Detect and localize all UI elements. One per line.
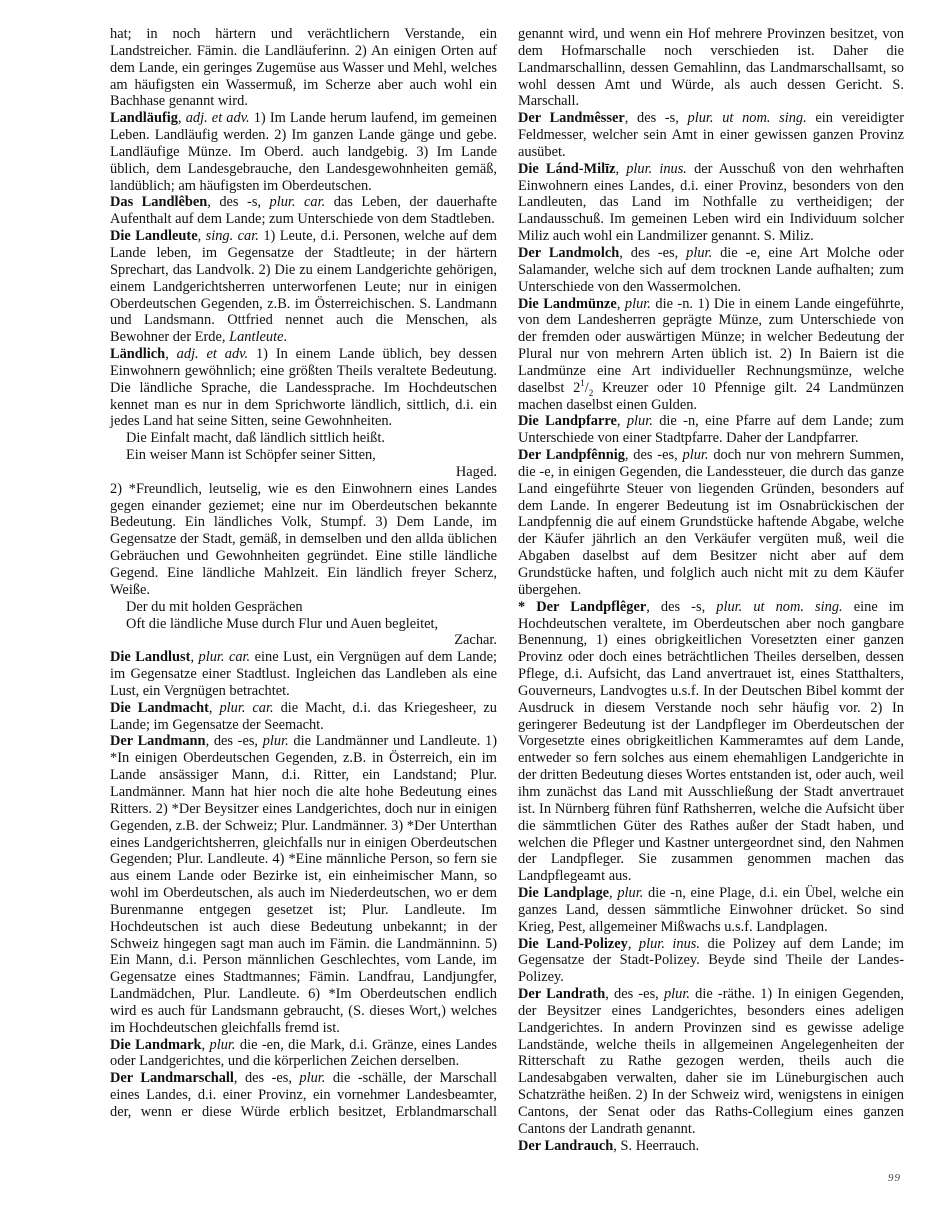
entry-prefix: , des -s, — [207, 194, 269, 210]
headword: Der Landpflêger — [536, 599, 646, 615]
entry-tail: . — [283, 329, 287, 345]
grammar-note: plur. — [625, 296, 651, 312]
entry-prefix: , — [617, 413, 627, 429]
headword: Die Landmark — [110, 1037, 202, 1053]
entry-continuation: genannt wird, und wenn ein Hof mehrere P… — [518, 26, 904, 110]
fraction-numerator: 1 — [580, 378, 585, 388]
entry-laendlich-continued: 2) *Freundlich, leutselig, wie es den Ei… — [110, 481, 497, 599]
headword: Landläufig — [110, 110, 178, 126]
entry-land-polizey: Die Land-Polizey, plur. inus. die Polize… — [518, 936, 904, 987]
grammar-note: plur. — [683, 447, 709, 463]
headword: Der Landrath — [518, 986, 605, 1002]
entry-landmacht: Die Landmacht, plur. car. die Macht, d.i… — [110, 700, 497, 734]
entry-prefix: , des -es, — [619, 245, 686, 261]
grammar-note: plur. — [664, 986, 690, 1002]
entry-text: die -räthe. 1) In einigen Gegenden, der … — [518, 986, 904, 1137]
entry-landlust: Die Landlust, plur. car. eine Lust, ein … — [110, 649, 497, 700]
entry-land-miliz: Die Lánd-Milīz, plur. inus. der Ausschuß… — [518, 161, 904, 245]
entry-continuation: hat; in noch härtern und verächtlichern … — [110, 26, 497, 110]
headword: Die Landplage — [518, 885, 609, 901]
headword: Der Landpfênnig — [518, 447, 625, 463]
entry-prefix: , des -s, — [646, 599, 716, 615]
entry-prefix: , — [617, 296, 625, 312]
grammar-note: plur. — [263, 733, 289, 749]
grammar-note: plur. ut nom. sing. — [688, 110, 807, 126]
grammar-note: plur. — [617, 885, 643, 901]
headword: Die Lánd-Milīz — [518, 161, 615, 177]
left-column: hat; in noch härtern und verächtlichern … — [110, 26, 497, 1121]
entry-prefix: , des -es, — [625, 447, 683, 463]
headword: Der Landmêsser — [518, 110, 625, 126]
verse-line: Oft die ländliche Muse durch Flur und Au… — [110, 616, 497, 633]
verse-attribution: Zachar. — [110, 632, 497, 649]
entry-landpfarre: Die Landpfarre, plur. die -n, eine Pfarr… — [518, 413, 904, 447]
entry-landleben: Das Landlêben, des -s, plur. car. das Le… — [110, 194, 497, 228]
grammar-note: plur. car. — [219, 700, 273, 716]
entry-prefix: , des -es, — [206, 733, 263, 749]
entry-text: 1) Leute, d.i. Personen, welche auf dem … — [110, 228, 497, 345]
grammar-note: plur. — [299, 1070, 325, 1086]
verse-attribution: Haged. — [110, 464, 497, 481]
entry-text: 2) *Freundlich, leutselig, wie es den Ei… — [110, 481, 497, 598]
grammar-note: plur. inus. — [626, 161, 687, 177]
grammar-note: plur. — [210, 1037, 236, 1053]
page-number: 99 — [888, 1172, 901, 1184]
entry-prefix: , — [615, 161, 626, 177]
headword: Die Landmacht — [110, 700, 209, 716]
verse-line: Der du mit holden Gesprächen — [110, 599, 497, 616]
headword: Der Landmolch — [518, 245, 619, 261]
verse-line: Ein weiser Mann ist Schöpfer seiner Sitt… — [110, 447, 497, 464]
entry-landmann: Der Landmann, des -es, plur. die Landmän… — [110, 733, 497, 1036]
entry-text: die Landmänner und Landleute. 1) *In ein… — [110, 733, 497, 1035]
grammar-note: plur. car. — [270, 194, 326, 210]
headword: Die Landpfarre — [518, 413, 617, 429]
entry-marker: * — [518, 599, 536, 615]
grammar-note: plur. ut nom. sing. — [716, 599, 842, 615]
entry-prefix: , — [209, 700, 220, 716]
italic-word: Lantleute — [229, 329, 283, 345]
entry-landrauch: Der Landrauch, S. Heerrauch. — [518, 1138, 904, 1155]
entry-prefix: , — [613, 1138, 620, 1154]
entry-prefix: , — [165, 346, 176, 362]
headword: Die Landmünze — [518, 296, 617, 312]
entry-text: S. Heerrauch. — [621, 1138, 700, 1154]
grammar-note: adj. et adv. — [177, 346, 248, 362]
entry-text: genannt wird, und wenn ein Hof mehrere P… — [518, 26, 904, 109]
entry-prefix: , des -s, — [625, 110, 688, 126]
grammar-note: plur. — [686, 245, 712, 261]
entry-landpfleger: * Der Landpflêger, des -s, plur. ut nom.… — [518, 599, 904, 885]
headword: Die Landleute — [110, 228, 198, 244]
grammar-note: plur. — [627, 413, 653, 429]
headword: Das Landlêben — [110, 194, 207, 210]
entry-prefix: , — [198, 228, 206, 244]
headword: Ländlich — [110, 346, 165, 362]
entry-prefix: , — [628, 936, 639, 952]
entry-landmolch: Der Landmolch, des -es, plur. die -e, ei… — [518, 245, 904, 296]
entry-landrath: Der Landrath, des -es, plur. die -räthe.… — [518, 986, 904, 1138]
entry-prefix: , des -es, — [234, 1070, 299, 1086]
entry-prefix: , des -es, — [605, 986, 664, 1002]
verse-line: Die Einfalt macht, daß ländlich sittlich… — [110, 430, 497, 447]
entry-laendlich: Ländlich, adj. et adv. 1) In einem Lande… — [110, 346, 497, 430]
right-column: genannt wird, und wenn ein Hof mehrere P… — [518, 26, 904, 1155]
headword: Der Landrauch — [518, 1138, 613, 1154]
entry-landleute: Die Landleute, sing. car. 1) Leute, d.i.… — [110, 228, 497, 346]
entry-landpfennig: Der Landpfênnig, des -es, plur. doch nur… — [518, 447, 904, 599]
headword: Der Landmarschall — [110, 1070, 234, 1086]
entry-text: hat; in noch härtern und verächtlichern … — [110, 26, 497, 109]
headword: Der Landmann — [110, 733, 206, 749]
grammar-note: plur. inus. — [639, 936, 700, 952]
headword: Die Landlust — [110, 649, 190, 665]
entry-text: eine im Hochdeutschen veraltete, im Ober… — [518, 599, 904, 885]
entry-landplage: Die Landplage, plur. die -n, eine Plage,… — [518, 885, 904, 936]
headword: Die Land-Polizey — [518, 936, 628, 952]
entry-prefix: , — [190, 649, 198, 665]
entry-prefix: , — [202, 1037, 210, 1053]
entry-landmark: Die Landmark, plur. die -en, die Mark, d… — [110, 1037, 497, 1071]
entry-landmuenze: Die Landmünze, plur. die -n. 1) Die in e… — [518, 296, 904, 414]
grammar-note: sing. car. — [206, 228, 259, 244]
grammar-note: adj. et adv. — [186, 110, 250, 126]
entry-landmarschall: Der Landmarschall, des -es, plur. die -s… — [110, 1070, 497, 1121]
entry-text: doch nur von mehrern Summen, die -e, in … — [518, 447, 904, 598]
entry-landlaeufig: Landläufig, adj. et adv. 1) Im Lande her… — [110, 110, 497, 194]
entry-landmesser: Der Landmêsser, des -s, plur. ut nom. si… — [518, 110, 904, 161]
grammar-note: plur. car. — [199, 649, 251, 665]
